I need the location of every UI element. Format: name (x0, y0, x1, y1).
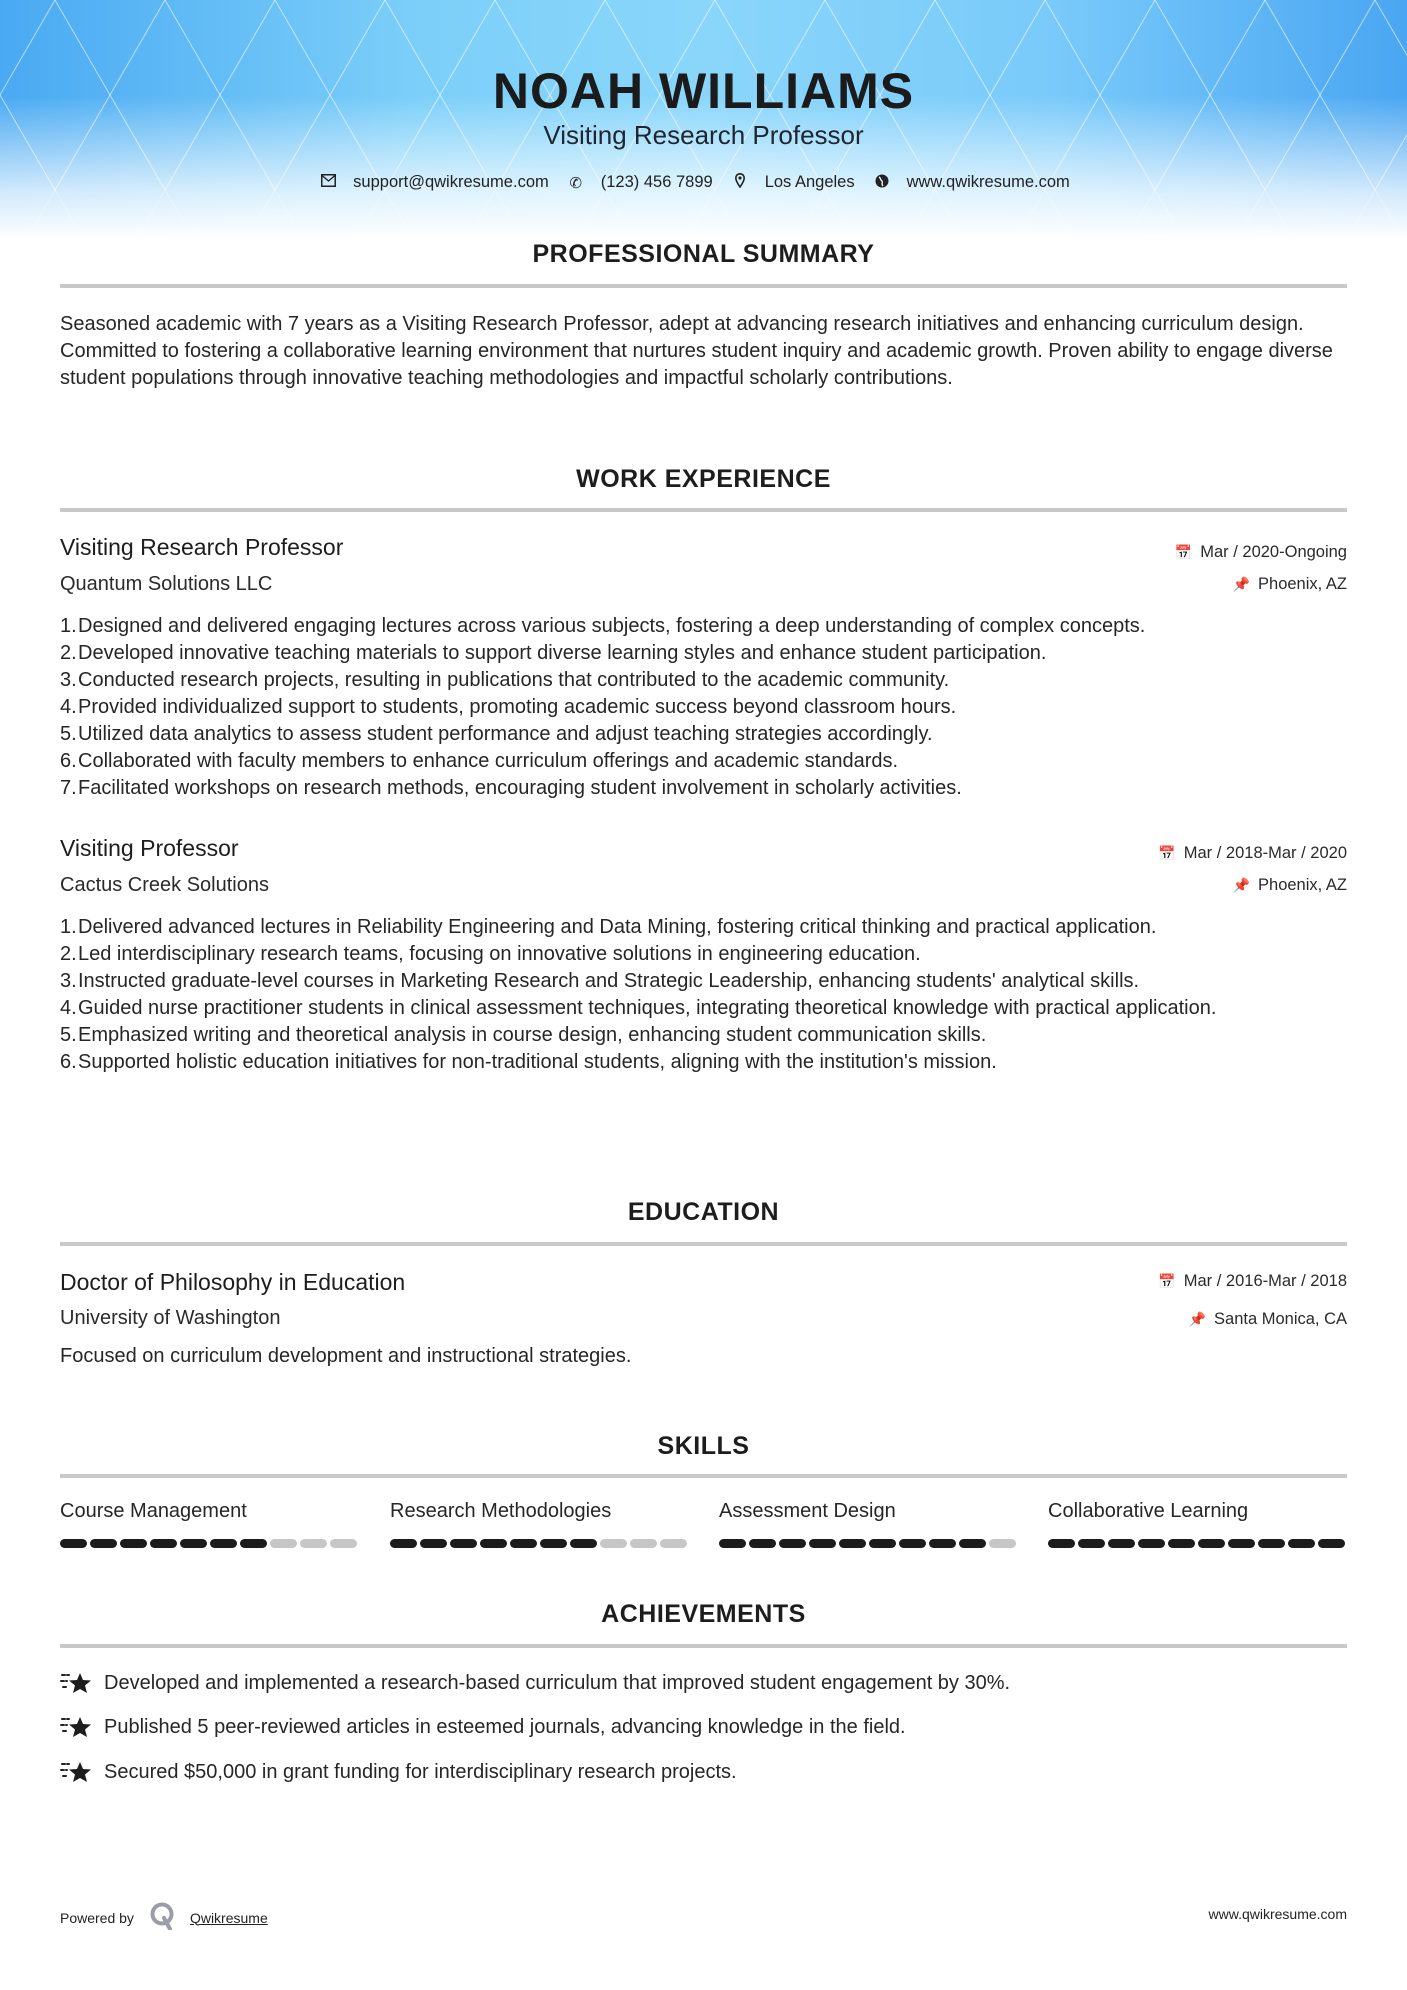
skill-level-segment (390, 1539, 417, 1548)
list-text: Instructed graduate-level courses in Mar… (78, 968, 1139, 995)
list-text: Developed innovative teaching materials … (78, 640, 1046, 667)
list-item: 7.Facilitated workshops on research meth… (60, 775, 1350, 802)
skill-level-segment (150, 1539, 177, 1548)
skill-level-segment (899, 1539, 926, 1548)
shooting-star-icon (60, 1759, 92, 1785)
list-number: 4. (60, 995, 78, 1022)
list-item: 6.Collaborated with faculty members to e… (60, 748, 1350, 775)
list-text: Conducted research projects, resulting i… (78, 667, 949, 694)
skill-level-segment (240, 1539, 267, 1548)
skill-level-segment (869, 1539, 896, 1548)
calendar-icon: 📅 (1158, 1273, 1175, 1290)
list-item: 3.Conducted research projects, resulting… (60, 667, 1350, 694)
job-company: Quantum Solutions LLC (60, 573, 272, 596)
achievement-text: Secured $50,000 in grant funding for int… (104, 1761, 737, 1784)
pushpin-icon: 📌 (1189, 1311, 1206, 1328)
list-number: 6. (60, 748, 78, 775)
achievement-item: Published 5 peer-reviewed articles in es… (60, 1714, 906, 1740)
skill-level-segment (1288, 1539, 1315, 1548)
list-item: 4.Guided nurse practitioner students in … (60, 995, 1330, 1022)
pushpin-icon: 📌 (1233, 576, 1250, 593)
list-item: 4.Provided individualized support to stu… (60, 694, 1350, 721)
globe-icon (873, 174, 891, 192)
skill-level-segment (1318, 1539, 1345, 1548)
skill-level-segment (570, 1539, 597, 1548)
skill-level-segment (90, 1539, 117, 1548)
list-item: 5.Utilized data analytics to assess stud… (60, 721, 1350, 748)
skill-level-segment (120, 1539, 147, 1548)
section-title-achievements: ACHIEVEMENTS (60, 1600, 1347, 1629)
skill-level-segment (719, 1539, 746, 1548)
skill-level-segment (839, 1539, 866, 1548)
education-description: Focused on curriculum development and in… (60, 1343, 1347, 1370)
footer-website[interactable]: www.qwikresume.com (1209, 1906, 1347, 1922)
list-item: 6.Supported holistic education initiativ… (60, 1049, 1330, 1076)
section-divider (60, 508, 1347, 512)
job-bullets: 1.Delivered advanced lectures in Reliabi… (60, 914, 1330, 1076)
skill-level-segment (420, 1539, 447, 1548)
list-number: 2. (60, 640, 78, 667)
list-text: Facilitated workshops on research method… (78, 775, 962, 802)
section-divider (60, 1474, 1347, 1478)
candidate-title: Visiting Research Professor (0, 120, 1407, 151)
contact-phone[interactable]: ✆ (123) 456 7899 (567, 173, 731, 192)
achievement-item: Secured $50,000 in grant funding for int… (60, 1759, 737, 1785)
skill-name: Collaborative Learning (1048, 1500, 1348, 1527)
list-item: 5.Emphasized writing and theoretical ana… (60, 1022, 1330, 1049)
list-text: Supported holistic education initiatives… (78, 1049, 997, 1076)
skill-level-segment (749, 1539, 776, 1548)
job-bullets: 1.Designed and delivered engaging lectur… (60, 613, 1350, 802)
contact-bar: support@qwikresume.com ✆ (123) 456 7899 … (0, 173, 1407, 192)
degree-title: Doctor of Philosophy in Education (60, 1269, 405, 1296)
list-number: 3. (60, 667, 78, 694)
skill-level-segment (989, 1539, 1016, 1548)
contact-email[interactable]: support@qwikresume.com (319, 173, 567, 192)
skill-item: Research Methodologies (390, 1500, 690, 1548)
section-divider (60, 284, 1347, 288)
skill-level-segment (210, 1539, 237, 1548)
list-number: 6. (60, 1049, 78, 1076)
list-text: Provided individualized support to stude… (78, 694, 956, 721)
skill-level-segment (1168, 1539, 1195, 1548)
job-company: Cactus Creek Solutions (60, 874, 269, 897)
skill-name: Course Management (60, 1500, 360, 1527)
list-text: Collaborated with faculty members to enh… (78, 748, 898, 775)
skill-level-segment (1108, 1539, 1135, 1548)
calendar-icon: 📅 (1175, 544, 1192, 561)
calendar-icon: 📅 (1158, 845, 1175, 862)
skill-level-bar (1048, 1539, 1348, 1548)
skill-level-segment (1258, 1539, 1285, 1548)
section-title-work: WORK EXPERIENCE (60, 465, 1347, 494)
job-title: Visiting Professor (60, 835, 239, 862)
skill-level-segment (630, 1539, 657, 1548)
list-item: 1.Delivered advanced lectures in Reliabi… (60, 914, 1330, 941)
skill-level-segment (270, 1539, 297, 1548)
job-dates: 📅 Mar / 2018-Mar / 2020 (1158, 844, 1347, 863)
list-text: Guided nurse practitioner students in cl… (78, 995, 1216, 1022)
skill-item: Collaborative Learning (1048, 1500, 1348, 1548)
list-number: 1. (60, 914, 78, 941)
skill-item: Assessment Design (719, 1500, 1019, 1548)
phone-icon: ✆ (567, 174, 585, 192)
achievement-item: Developed and implemented a research-bas… (60, 1670, 1010, 1696)
list-text: Emphasized writing and theoretical analy… (78, 1022, 986, 1049)
contact-location: Los Angeles (731, 173, 873, 192)
list-text: Delivered advanced lectures in Reliabili… (78, 914, 1156, 941)
section-title-skills: SKILLS (60, 1432, 1347, 1461)
job-location: 📌 Phoenix, AZ (1233, 575, 1347, 594)
skill-level-segment (1138, 1539, 1165, 1548)
section-divider (60, 1242, 1347, 1246)
qwikresume-logo-icon (150, 1902, 176, 1933)
skill-level-segment (929, 1539, 956, 1548)
skill-level-segment (60, 1539, 87, 1548)
map-marker-icon (731, 173, 749, 192)
list-number: 4. (60, 694, 78, 721)
skill-level-segment (1078, 1539, 1105, 1548)
skill-level-segment (1198, 1539, 1225, 1548)
skill-level-segment (330, 1539, 357, 1548)
envelope-icon (319, 174, 337, 191)
shooting-star-icon (60, 1670, 92, 1696)
list-number: 3. (60, 968, 78, 995)
skill-level-segment (779, 1539, 806, 1548)
list-number: 7. (60, 775, 78, 802)
list-text: Led interdisciplinary research teams, fo… (78, 941, 921, 968)
job-dates: 📅 Mar / 2020-Ongoing (1175, 543, 1347, 562)
shooting-star-icon (60, 1714, 92, 1740)
achievement-text: Developed and implemented a research-bas… (104, 1672, 1010, 1695)
skill-level-segment (1048, 1539, 1075, 1548)
skill-level-segment (1228, 1539, 1255, 1548)
skill-level-segment (600, 1539, 627, 1548)
section-title-summary: PROFESSIONAL SUMMARY (60, 240, 1347, 269)
list-text: Designed and delivered engaging lectures… (78, 613, 1145, 640)
contact-website[interactable]: www.qwikresume.com (873, 173, 1088, 192)
skill-level-segment (480, 1539, 507, 1548)
list-item: 1.Designed and delivered engaging lectur… (60, 613, 1350, 640)
list-item: 2.Led interdisciplinary research teams, … (60, 941, 1330, 968)
skill-level-bar (390, 1539, 690, 1548)
job-location: 📌 Phoenix, AZ (1233, 876, 1347, 895)
skill-level-segment (959, 1539, 986, 1548)
skill-level-segment (540, 1539, 567, 1548)
candidate-name: NOAH WILLIAMS (0, 62, 1407, 120)
footer-powered-by: Powered by Qwikresume (60, 1902, 268, 1933)
summary-text: Seasoned academic with 7 years as a Visi… (60, 311, 1347, 392)
list-item: 2.Developed innovative teaching material… (60, 640, 1350, 667)
skill-level-segment (510, 1539, 537, 1548)
skill-name: Research Methodologies (390, 1500, 690, 1527)
list-number: 5. (60, 721, 78, 748)
education-location: 📌 Santa Monica, CA (1189, 1310, 1347, 1329)
list-number: 1. (60, 613, 78, 640)
job-title: Visiting Research Professor (60, 534, 343, 561)
skill-level-segment (450, 1539, 477, 1548)
education-dates: 📅 Mar / 2016-Mar / 2018 (1158, 1272, 1347, 1291)
skill-level-segment (180, 1539, 207, 1548)
section-divider (60, 1644, 1347, 1648)
skill-level-bar (60, 1539, 360, 1548)
skill-level-segment (300, 1539, 327, 1548)
skill-name: Assessment Design (719, 1500, 1019, 1527)
skill-level-bar (719, 1539, 1019, 1548)
skill-level-segment (809, 1539, 836, 1548)
school-name: University of Washington (60, 1307, 280, 1330)
section-title-education: EDUCATION (60, 1198, 1347, 1227)
list-number: 2. (60, 941, 78, 968)
achievement-text: Published 5 peer-reviewed articles in es… (104, 1716, 906, 1739)
list-text: Utilized data analytics to assess studen… (78, 721, 933, 748)
skill-level-segment (660, 1539, 687, 1548)
list-item: 3.Instructed graduate-level courses in M… (60, 968, 1330, 995)
list-number: 5. (60, 1022, 78, 1049)
qwikresume-link[interactable]: Qwikresume (190, 1910, 268, 1926)
skill-item: Course Management (60, 1500, 360, 1548)
pushpin-icon: 📌 (1233, 877, 1250, 894)
